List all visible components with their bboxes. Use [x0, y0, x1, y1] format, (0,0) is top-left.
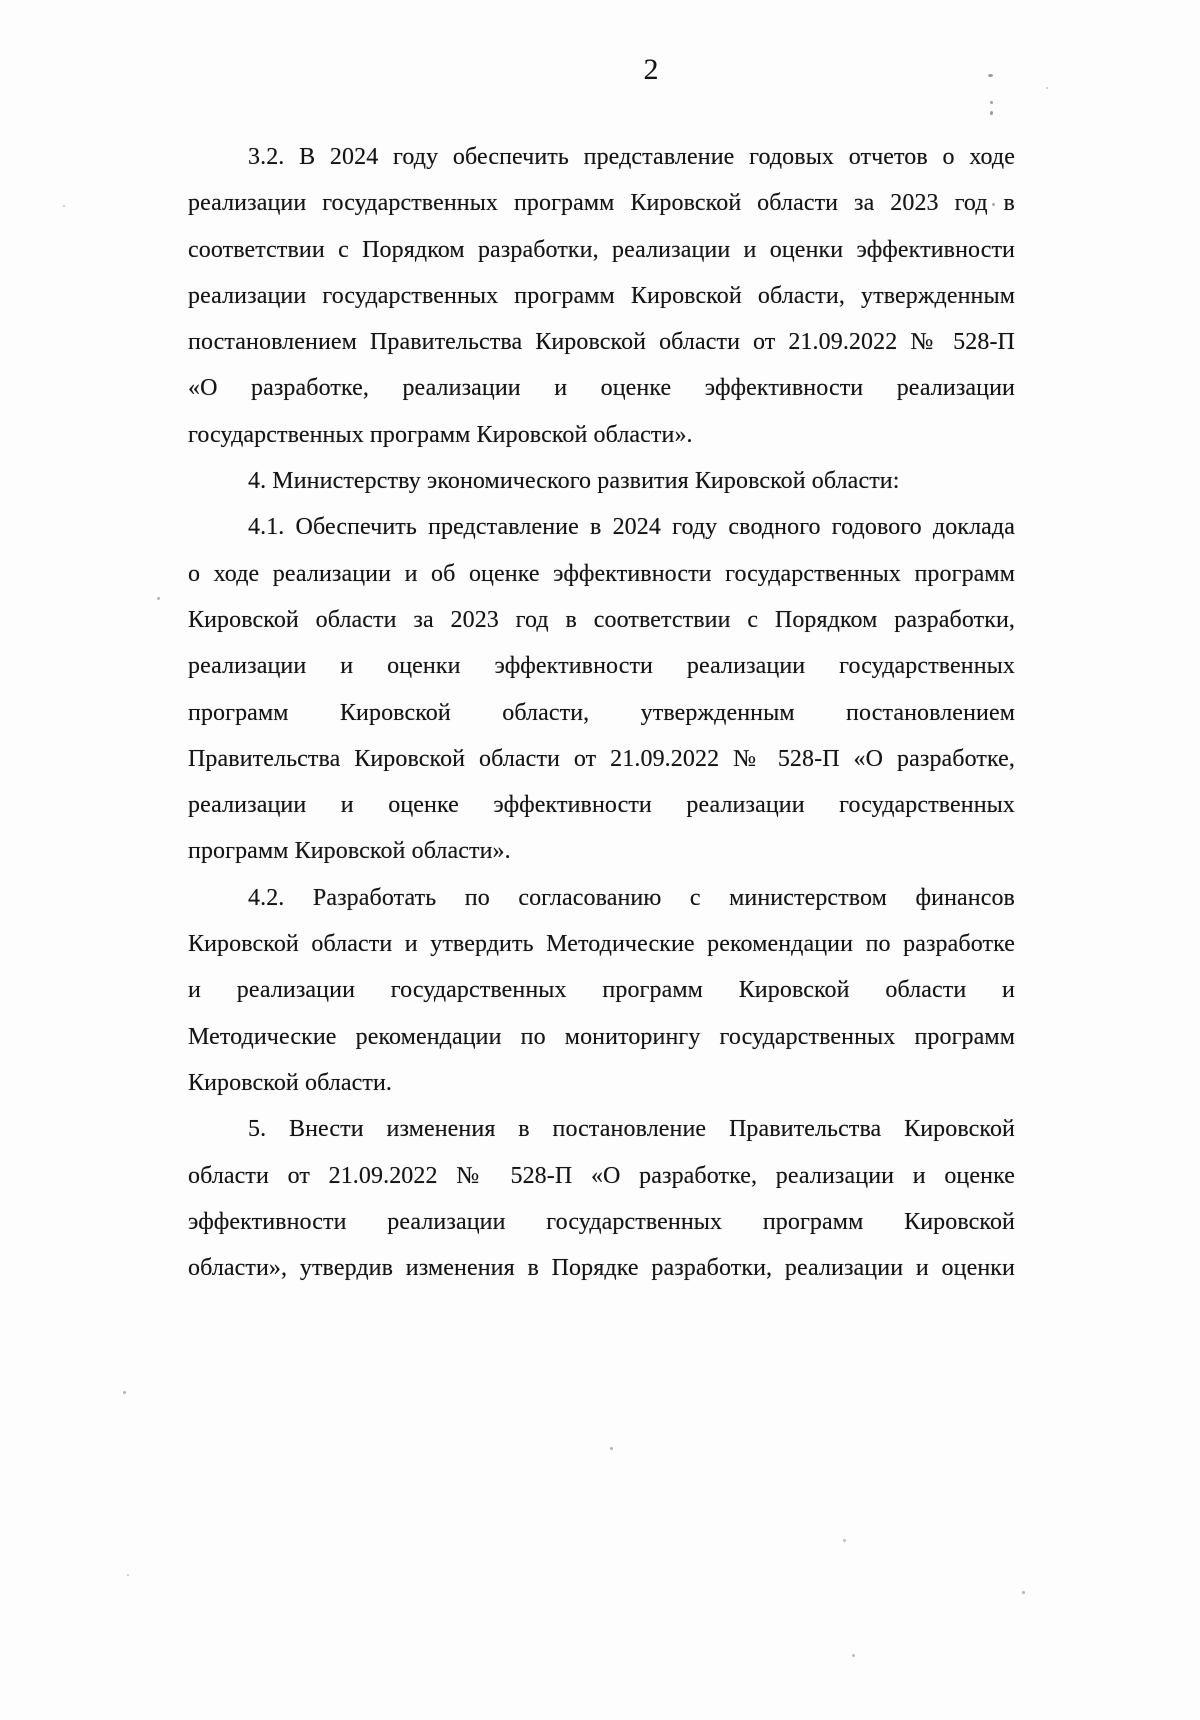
document-body: 3.2. В 2024 году обеспечить представлени…	[188, 134, 1015, 1291]
paragraph-4: 4. Министерству экономического развития …	[188, 458, 1015, 504]
text-line: реализации государственных программ Киро…	[188, 180, 1015, 226]
text-line: области от 21.09.2022 № 528-П «О разрабо…	[188, 1153, 1015, 1199]
paragraph-4-1: 4.1. Обеспечить представление в 2024 год…	[188, 504, 1015, 874]
text-line: и реализации государственных программ Ки…	[188, 967, 1015, 1013]
scan-speck	[610, 1447, 613, 1450]
scan-speck	[1022, 1591, 1025, 1594]
scan-speck	[852, 1654, 855, 1657]
text-line: 3.2. В 2024 году обеспечить представлени…	[188, 134, 1015, 180]
text-line: реализации государственных программ Киро…	[188, 273, 1015, 319]
scan-speck	[63, 205, 65, 207]
scan-speck	[992, 203, 995, 206]
text-line: 5. Внести изменения в постановление Прав…	[188, 1106, 1015, 1152]
text-line: реализации и оценке эффективности реализ…	[188, 782, 1015, 828]
scan-speck	[843, 1539, 846, 1542]
paragraph-4-2: 4.2. Разработать по согласованию с минис…	[188, 875, 1015, 1106]
scan-speck	[127, 1574, 129, 1576]
document-page: 2 3.2. В 2024 году обеспечить представле…	[0, 0, 1200, 1720]
text-line: 4.2. Разработать по согласованию с минис…	[188, 875, 1015, 921]
text-line: Кировской области.	[188, 1060, 1015, 1106]
text-line: соответствии с Порядком разработки, реал…	[188, 227, 1015, 273]
text-line: «О разработке, реализации и оценке эффек…	[188, 365, 1015, 411]
text-line: программ Кировской области».	[188, 828, 1015, 874]
scan-speck	[988, 74, 993, 77]
text-line: Кировской области за 2023 год в соответс…	[188, 597, 1015, 643]
text-line: постановлением Правительства Кировской о…	[188, 319, 1015, 365]
scan-speck	[123, 1391, 126, 1394]
text-line: реализации и оценки эффективности реализ…	[188, 643, 1015, 689]
scan-speck	[157, 597, 160, 600]
scan-speck	[990, 111, 993, 115]
text-line: области», утвердив изменения в Порядке р…	[188, 1245, 1015, 1291]
text-line: о ходе реализации и об оценке эффективно…	[188, 551, 1015, 597]
scan-speck	[1046, 87, 1048, 89]
text-line: 4. Министерству экономического развития …	[188, 458, 1015, 504]
text-line: Кировской области и утвердить Методическ…	[188, 921, 1015, 967]
text-line: Методические рекомендации по мониторингу…	[188, 1014, 1015, 1060]
text-line: программ Кировской области, утвержденным…	[188, 690, 1015, 736]
text-line: эффективности реализации государственных…	[188, 1199, 1015, 1245]
scan-speck	[990, 101, 993, 104]
text-line: государственных программ Кировской облас…	[188, 412, 1015, 458]
paragraph-5: 5. Внести изменения в постановление Прав…	[188, 1106, 1015, 1291]
paragraph-3-2: 3.2. В 2024 году обеспечить представлени…	[188, 134, 1015, 458]
page-number: 2	[601, 52, 701, 88]
text-line: 4.1. Обеспечить представление в 2024 год…	[188, 504, 1015, 550]
text-line: Правительства Кировской области от 21.09…	[188, 736, 1015, 782]
